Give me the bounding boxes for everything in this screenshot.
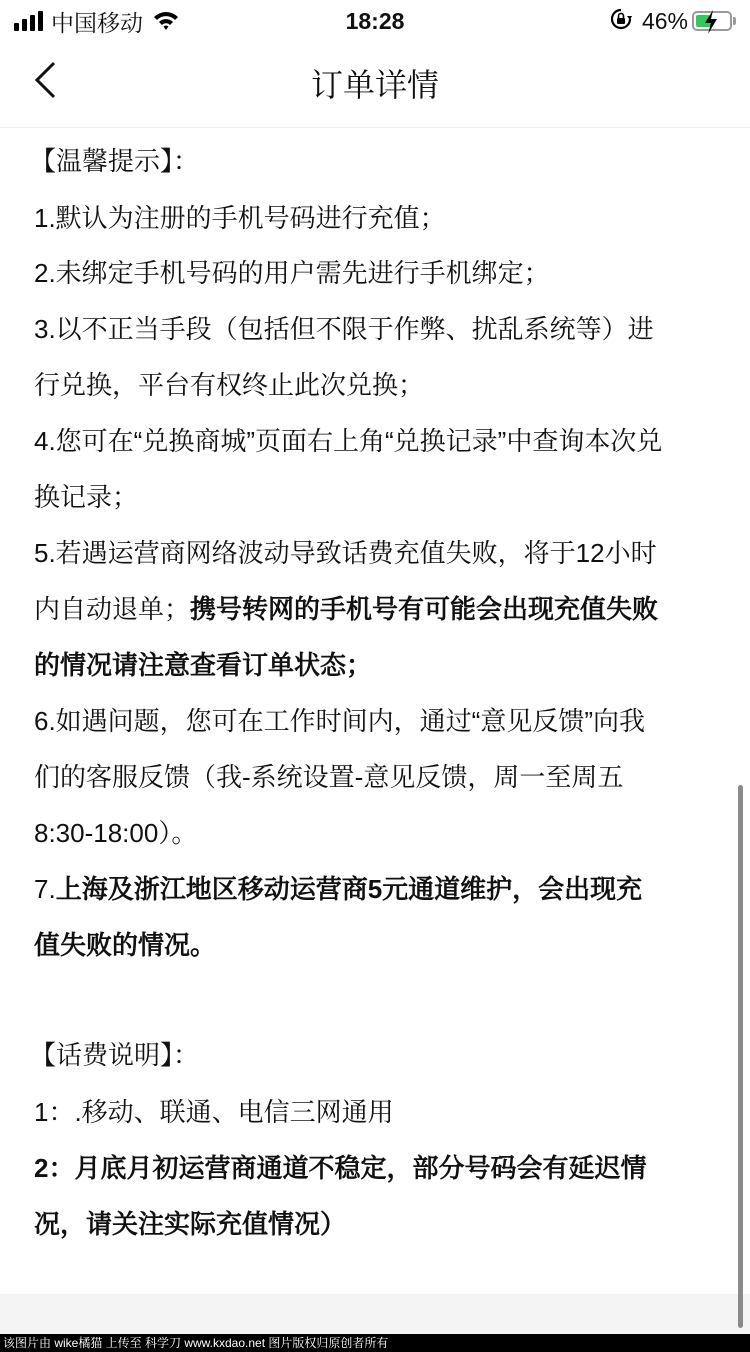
tips-heading: 【温馨提示】： (30, 143, 199, 179)
battery-cap (733, 17, 736, 25)
tip-line: 1.默认为注册的手机号码进行充值； (34, 200, 446, 236)
tip-line: 2.未绑定手机号码的用户需先进行手机绑定； (34, 255, 550, 291)
fee-warning-line: 况，请关注实际充值情况） (34, 1206, 346, 1242)
tip-line: 4.您可在“兑换商城”页面右上角“兑换记录”中查询本次兑 (34, 423, 662, 459)
tip-number: 7. (34, 874, 56, 904)
watermark-text: 该图片由 wike橘猫 上传至 科学刀 www.kxdao.net 图片版权归原… (0, 1334, 750, 1352)
status-right: 46% (610, 6, 736, 36)
battery-percent: 46% (642, 8, 688, 35)
tip-line: 内自动退单；携号转网的手机号有可能会出现充值失败 (34, 591, 658, 627)
scrollbar[interactable] (738, 785, 743, 1328)
tip-warning-text: 携号转网的手机号有可能会出现充值失败 (190, 594, 658, 624)
tip-warning-line: 的情况请注意查看订单状态； (34, 647, 372, 683)
status-bar: 中国移动 18:28 46% (0, 0, 750, 42)
nav-bar: 订单详情 (0, 42, 750, 128)
tip-line: 们的客服反馈（我-系统设置-意见反馈，周一至周五 (34, 759, 623, 795)
tip-text: 内自动退单； (34, 594, 190, 624)
orientation-lock-icon (610, 8, 632, 35)
tip-line: 换记录； (34, 479, 138, 515)
page-title: 订单详情 (0, 42, 750, 128)
tip-warning-line: 值失败的情况。 (34, 927, 216, 963)
tip-line: 行兑换，平台有权终止此次兑换； (34, 367, 424, 403)
fee-warning-line: 2：月底月初运营商通道不稳定，部分号码会有延迟情 (34, 1150, 646, 1186)
tip-line: 6.如遇问题，您可在工作时间内，通过“意见反馈”向我 (34, 703, 645, 739)
tip-line: 8:30-18:00）。 (34, 815, 197, 851)
fee-line: 1：.移动、联通、电信三网通用 (34, 1094, 394, 1130)
tip-line: 5.若遇运营商网络波动导致话费充值失败，将于12小时 (34, 535, 657, 571)
tip-line: 7.上海及浙江地区移动运营商5元通道维护，会出现充 (34, 871, 642, 907)
order-detail-content: 【温馨提示】： 1.默认为注册的手机号码进行充值； 2.未绑定手机号码的用户需先… (0, 129, 750, 1294)
tip-warning-text: 上海及浙江地区移动运营商5元通道维护，会出现充 (56, 874, 642, 904)
battery-icon (692, 11, 732, 31)
bottom-gray-area (0, 1294, 750, 1334)
fee-heading: 【话费说明】： (30, 1037, 199, 1073)
tip-line: 3.以不正当手段（包括但不限于作弊、扰乱系统等）进 (34, 311, 654, 347)
